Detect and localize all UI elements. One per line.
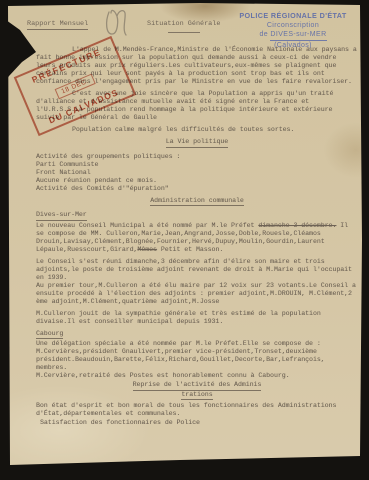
document-title-text: Situation Générale: [147, 20, 220, 28]
section-reprise-line2: trations: [181, 391, 212, 401]
section-administration-communale-text: Administration communale: [150, 197, 244, 207]
police-satisfaction-line: Satisfaction des fonctionnaires de Polic…: [36, 419, 358, 427]
dives-sur-mer-heading: Dives-sur-Mer: [36, 211, 358, 221]
document-title: Situation Générale: [147, 20, 220, 33]
mayor-sympathy-paragraph: M.Culleron jouit de la sympathie général…: [36, 310, 358, 326]
council-text-end: Petit et Masson.: [157, 246, 223, 253]
paper-sheet: Rapport Mensuel Situation Générale POLIC…: [0, 0, 369, 480]
police-office-stamp: POLICE RÉGIONALE D'ÉTAT Circonscription …: [225, 11, 361, 51]
council-text: Le nouveau Conseil Municipal a été nommé…: [36, 222, 258, 229]
report-label-text: Rapport Mensuel: [27, 20, 88, 30]
police-stamp-line2: Circonscription: [225, 21, 361, 31]
activity-line: Aucune réunion pendant ce mois.: [36, 177, 358, 185]
prefecture-stamp-date: 18 DÉC.: [55, 73, 95, 98]
police-stamp-line1: POLICE RÉGIONALE D'ÉTAT: [225, 11, 361, 21]
section-administration-communale: Administration communale: [36, 197, 358, 207]
activity-line: Activité des Comités d'"épuration": [36, 185, 358, 193]
police-stamp-line3: de DIVES-sur-MER: [225, 30, 361, 41]
section-reprise-activite: Reprise de l'activité des Adminis tratio…: [36, 381, 358, 400]
police-stamp-place: DIVES-sur-MER: [270, 30, 326, 41]
cabourg-heading-text: Cabourg: [36, 330, 63, 340]
mayor-election-paragraph: Le Conseil s'est réuni dimanche,3 décemb…: [36, 258, 358, 306]
activity-line: Front National: [36, 169, 358, 177]
dives-sur-mer-heading-text: Dives-sur-Mer: [36, 211, 87, 221]
scanned-document: Rapport Mensuel Situation Générale POLIC…: [0, 0, 369, 480]
section-vie-politique-text: La Vie politique: [166, 138, 228, 148]
section-vie-politique: La Vie politique: [36, 138, 358, 148]
activity-line: Activité des groupements politiques :: [36, 153, 358, 161]
civil-servants-paragraph: Bon état d'esprit et bon moral de tous l…: [36, 402, 358, 418]
council-struck-text: dimanche 3 décembre.: [258, 222, 336, 229]
cabourg-heading: Cabourg: [36, 330, 358, 340]
section-reprise-line1: Reprise de l'activité des Adminis: [133, 381, 262, 391]
population-calm-line: Population calme malgré les difficultés …: [36, 126, 358, 134]
council-struck-word: Mêmes: [137, 246, 157, 253]
police-stamp-line3-prefix: de: [259, 31, 268, 38]
cabourg-delegation-paragraph: Une délégation spéciale a été nommée par…: [36, 340, 358, 380]
political-activity-list: Activité des groupements politiques : Pa…: [36, 153, 358, 193]
report-label: Rapport Mensuel: [27, 20, 88, 30]
title-underline-dash: [168, 32, 200, 33]
activity-line: Parti Communiste: [36, 161, 358, 169]
council-paragraph: Le nouveau Conseil Municipal a été nommé…: [36, 222, 358, 254]
